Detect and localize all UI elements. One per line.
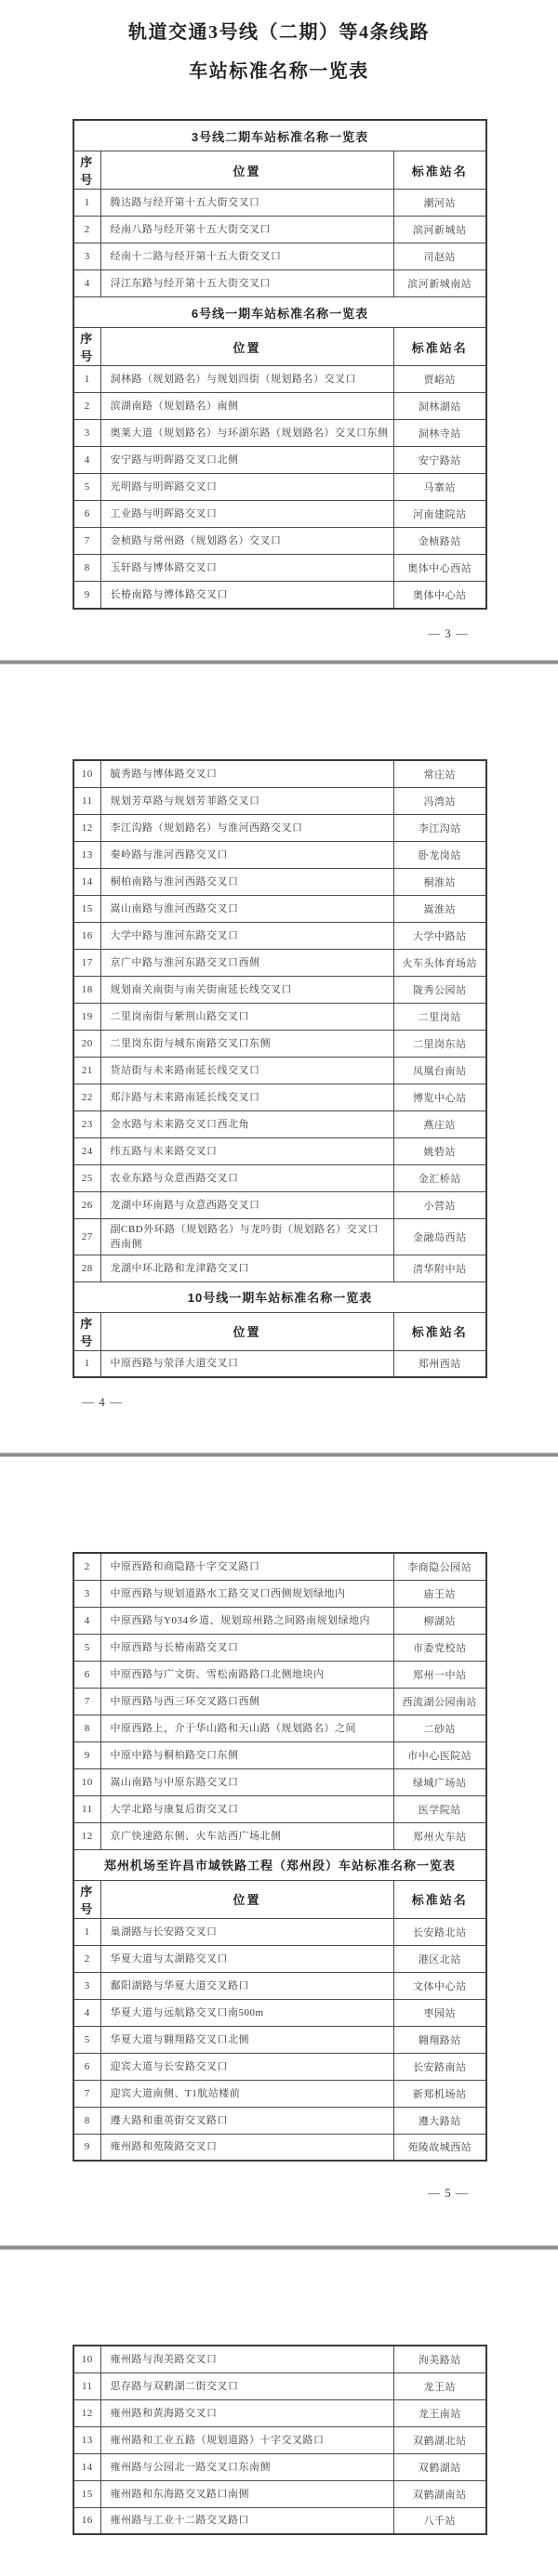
column-header-seq: 序号 [73, 328, 100, 366]
station-name: 郑州火车站 [393, 1822, 486, 1849]
station-row: 12雍州路和黄海路交叉口龙王南站 [73, 2399, 486, 2426]
station-row: 13雍州路和工业五路（规划道路）十字交叉路口双鹤湖北站 [73, 2426, 486, 2453]
station-name: 郑州西站 [393, 1350, 486, 1377]
station-location: 洞林路（规划路名）与规划四街（规划路名）交叉口 [100, 366, 393, 393]
station-seq: 4 [73, 1999, 100, 2026]
pages-root: 轨道交通3号线（二期）等4条线路车站标准名称一览表3号线二期车站标准名称一览表序… [0, 0, 558, 2576]
page-number: — 3 — [0, 626, 558, 641]
column-header-row: 序号位置标准站名 [73, 1880, 486, 1918]
station-name: 滨河新城南站 [393, 270, 486, 297]
column-header-row: 序号位置标准站名 [73, 328, 486, 366]
station-location: 遵大路和重英街交叉路口 [100, 2107, 393, 2134]
station-location: 华夏大道与翱翔路交叉口北侧 [100, 2026, 393, 2053]
station-table-wrap: 3号线二期车站标准名称一览表序号位置标准站名1腾达路与经开第十五大街交叉口潮河站… [73, 119, 558, 610]
table-body: 10毓秀路与博体路交叉口常庄站11规划芳草路与规划芳菲路交叉口冯湾站12李江沟路… [73, 760, 486, 1377]
document-title-line2: 车站标准名称一览表 [0, 52, 558, 91]
station-location: 中原西路与规划道路水工路交叉口西侧规划绿地内 [100, 1580, 393, 1607]
station-row: 10雍州路与洵美路交叉口洵美路站 [73, 2346, 486, 2372]
station-seq: 17 [73, 949, 100, 976]
station-name: 李江沟站 [393, 814, 486, 841]
station-row: 1中原西路与荥泽大道交叉口郑州西站 [73, 1350, 486, 1377]
station-row: 11大学北路与康复后街交叉口医学院站 [73, 1795, 486, 1822]
station-name: 李商隐公园站 [393, 1553, 486, 1580]
station-name: 港区北站 [393, 1945, 486, 1972]
station-seq: 28 [73, 1255, 100, 1281]
document-title-line1: 轨道交通3号线（二期）等4条线路 [0, 13, 558, 52]
station-row: 3奥莱大道（规划路名）与环湖东路（规划路名）交叉口东侧洞林寺站 [73, 420, 486, 447]
station-name: 常庄站 [393, 760, 486, 787]
station-seq: 8 [73, 2107, 100, 2134]
station-row: 8玉轩路与博体路交叉口奥体中心西站 [73, 555, 486, 582]
station-location: 龙湖中环北路和龙津路交叉口 [100, 1255, 393, 1281]
station-seq: 15 [73, 2480, 100, 2507]
station-seq: 2 [73, 217, 100, 243]
station-name: 卧龙岗站 [393, 841, 486, 868]
document-title: 轨道交通3号线（二期）等4条线路车站标准名称一览表 [0, 0, 558, 91]
station-name: 桐淮站 [393, 868, 486, 895]
station-name: 河南建院站 [393, 501, 486, 528]
station-name: 医学院站 [393, 1795, 486, 1822]
station-location: 中原中路与桐柏路交口东侧 [100, 1741, 393, 1768]
column-header-name: 标准站名 [393, 1312, 486, 1350]
column-header-location: 位置 [100, 1312, 393, 1350]
station-row: 2华夏大道与太湖路交叉口港区北站 [73, 1945, 486, 1972]
column-header-name: 标准站名 [393, 328, 486, 366]
page-number: — 5 — [0, 2186, 558, 2201]
station-seq: 11 [73, 1795, 100, 1822]
station-name: 双鹤湖北站 [393, 2426, 486, 2453]
station-location: 华夏大道与远航路交叉口南500m [100, 1999, 393, 2026]
station-location: 二里岗南街与紫荆山路交叉口 [100, 1003, 393, 1030]
station-location: 中原西路与广文街、雪松南路路口北侧地块内 [100, 1661, 393, 1688]
section-title-cell: 3号线二期车站标准名称一览表 [73, 120, 486, 151]
station-name: 陇秀公园站 [393, 976, 486, 1003]
station-name: 龙王南站 [393, 2399, 486, 2426]
station-seq: 10 [73, 760, 100, 787]
station-row: 10嵩山南路与中原东路交叉口绿城广场站 [73, 1768, 486, 1795]
station-table-wrap: 10雍州路与洵美路交叉口洵美路站11思存路与双鹤湖二街交叉口龙王站12雍州路和黄… [73, 2345, 558, 2535]
station-seq: 21 [73, 1057, 100, 1084]
station-name: 洵美路站 [393, 2346, 486, 2372]
station-row: 18规划南关南街与南关街南延长线交叉口陇秀公园站 [73, 976, 486, 1003]
station-seq: 23 [73, 1111, 100, 1137]
station-name: 潮河站 [393, 190, 486, 217]
station-seq: 22 [73, 1084, 100, 1111]
station-row: 4安宁路与明晖路交叉口北侧安宁路站 [73, 447, 486, 474]
station-seq: 6 [73, 2053, 100, 2080]
station-name: 洞林湖站 [393, 393, 486, 420]
station-row: 4华夏大道与远航路交叉口南500m枣园站 [73, 1999, 486, 2026]
station-location: 大学北路与康复后街交叉口 [100, 1795, 393, 1822]
station-location: 京广快速路东侧、火车站西广场北侧 [100, 1822, 393, 1849]
station-row: 3中原西路与规划道路水工路交叉口西侧规划绿地内庙王站 [73, 1580, 486, 1607]
station-name: 小营站 [393, 1191, 486, 1218]
station-name: 金汇桥站 [393, 1164, 486, 1191]
station-name: 二里岗站 [393, 1003, 486, 1030]
station-seq: 14 [73, 2453, 100, 2480]
station-seq: 15 [73, 895, 100, 922]
station-location: 经南十二路与经开第十五大街交叉口 [100, 243, 393, 270]
station-row: 22郑汴路与未来路南延长线交叉口博览中心站 [73, 1084, 486, 1111]
station-row: 1巢湖路与长安路交叉口长安路北站 [73, 1918, 486, 1945]
section-title-cell: 10号线一期车站标准名称一览表 [73, 1281, 486, 1312]
table-body: 10雍州路与洵美路交叉口洵美路站11思存路与双鹤湖二街交叉口龙王站12雍州路和黄… [73, 2346, 486, 2534]
station-name: 奥体中心西站 [393, 555, 486, 582]
station-location: 迎宾大道南侧、T1航站楼前 [100, 2080, 393, 2107]
station-seq: 11 [73, 2372, 100, 2399]
station-row: 2经南八路与经开第十五大街交叉口滨河新城站 [73, 217, 486, 243]
station-seq: 6 [73, 501, 100, 528]
station-location: 中原西路上，介于华山路和天山路（规划路名）之间 [100, 1715, 393, 1741]
station-row: 15雍州路和东海路交叉路口南侧双鹤湖南站 [73, 2480, 486, 2507]
station-name: 西流湖公园南站 [393, 1688, 486, 1715]
station-row: 9长椿南路与博体路交叉口奥体中心站 [73, 582, 486, 609]
station-seq: 9 [73, 2134, 100, 2161]
station-name: 龙王站 [393, 2372, 486, 2399]
station-name: 火车头体育场站 [393, 949, 486, 976]
station-location: 鄱阳湖路与华夏大道交叉路口 [100, 1972, 393, 1999]
station-location: 奥莱大道（规划路名）与环湖东路（规划路名）交叉口东侧 [100, 420, 393, 447]
station-name: 长安路北站 [393, 1918, 486, 1945]
station-location: 农业东路与众意西路交叉口 [100, 1164, 393, 1191]
station-row: 19二里岗南街与紫荆山路交叉口二里岗站 [73, 1003, 486, 1030]
station-seq: 3 [73, 1972, 100, 1999]
station-name: 洞林寺站 [393, 420, 486, 447]
column-header-location: 位置 [100, 328, 393, 366]
station-location: 规划南关南街与南关街南延长线交叉口 [100, 976, 393, 1003]
station-name: 八千站 [393, 2507, 486, 2534]
station-seq: 6 [73, 1661, 100, 1688]
station-seq: 1 [73, 1918, 100, 1945]
station-seq: 7 [73, 528, 100, 555]
station-name: 文体中心站 [393, 1972, 486, 1999]
station-seq: 13 [73, 841, 100, 868]
column-header-seq: 序号 [73, 151, 100, 190]
station-row: 24纬五路与未来路交叉口姚砦站 [73, 1137, 486, 1164]
station-seq: 5 [73, 474, 100, 501]
station-name: 贾峪站 [393, 366, 486, 393]
column-header-name: 标准站名 [393, 151, 486, 190]
station-seq: 5 [73, 1634, 100, 1661]
station-location: 金桢路与常州路（规划路名）交叉口 [100, 528, 393, 555]
station-name: 庙王站 [393, 1580, 486, 1607]
station-seq: 16 [73, 922, 100, 949]
station-name: 冯湾站 [393, 787, 486, 814]
station-row: 8遵大路和重英街交叉路口遵大路站 [73, 2107, 486, 2134]
table-body: 3号线二期车站标准名称一览表序号位置标准站名1腾达路与经开第十五大街交叉口潮河站… [73, 120, 486, 609]
station-location: 货站街与未来路南延长线交叉口 [100, 1057, 393, 1084]
station-location: 纬五路与未来路交叉口 [100, 1137, 393, 1164]
station-row: 2中原西路和商隐路十字交叉路口李商隐公园站 [73, 1553, 486, 1580]
station-location: 巢湖路与长安路交叉口 [100, 1918, 393, 1945]
column-header-seq: 序号 [73, 1880, 100, 1918]
station-seq: 16 [73, 2507, 100, 2534]
document-page: 10毓秀路与博体路交叉口常庄站11规划芳草路与规划芳菲路交叉口冯湾站12李江沟路… [0, 664, 558, 1452]
station-row: 7金桢路与常州路（规划路名）交叉口金桢路站 [73, 528, 486, 555]
station-row: 27副CBD外环路（规划路名）与龙吟街（规划路名）交叉口西南侧金融岛西站 [73, 1218, 486, 1255]
station-location: 腾达路与经开第十五大街交叉口 [100, 190, 393, 217]
station-row: 1腾达路与经开第十五大街交叉口潮河站 [73, 190, 486, 217]
station-row: 6迎宾大道与长安路交叉口长安路南站 [73, 2053, 486, 2080]
station-name: 绿城广场站 [393, 1768, 486, 1795]
station-row: 4浔江东路与经开第十五大街交叉口滨河新城南站 [73, 270, 486, 297]
station-location: 迎宾大道与长安路交叉口 [100, 2053, 393, 2080]
station-location: 中原西路与荥泽大道交叉口 [100, 1350, 393, 1377]
station-seq: 5 [73, 2026, 100, 2053]
station-name: 柳湖站 [393, 1607, 486, 1634]
station-seq: 9 [73, 1741, 100, 1768]
station-row: 11思存路与双鹤湖二街交叉口龙王站 [73, 2372, 486, 2399]
station-row: 17京广中路与淮河东路交叉口西侧火车头体育场站 [73, 949, 486, 976]
station-name: 金融岛西站 [393, 1218, 486, 1255]
station-location: 嵩山南路与淮河西路交叉口 [100, 895, 393, 922]
station-name: 市委党校站 [393, 1634, 486, 1661]
document-page: 轨道交通3号线（二期）等4条线路车站标准名称一览表3号线二期车站标准名称一览表序… [0, 0, 558, 660]
station-location: 桐柏南路与淮河西路交叉口 [100, 868, 393, 895]
station-row: 15嵩山南路与淮河西路交叉口嵩淮站 [73, 895, 486, 922]
station-location: 雍州路和苑陵路交叉口 [100, 2134, 393, 2161]
station-row: 5光明路与明晖路交叉口马寨站 [73, 474, 486, 501]
station-seq: 20 [73, 1030, 100, 1057]
section-title-cell: 6号线一期车站标准名称一览表 [73, 297, 486, 328]
station-row: 3鄱阳湖路与华夏大道交叉路口文体中心站 [73, 1972, 486, 1999]
column-header-location: 位置 [100, 1880, 393, 1918]
section-title-row: 6号线一期车站标准名称一览表 [73, 297, 486, 328]
station-name: 奥体中心站 [393, 582, 486, 609]
station-name: 市中心医院站 [393, 1741, 486, 1768]
station-row: 16雍州路与工业十二路交叉路口八千站 [73, 2507, 486, 2534]
station-row: 10毓秀路与博体路交叉口常庄站 [73, 760, 486, 787]
station-location: 安宁路与明晖路交叉口北侧 [100, 447, 393, 474]
column-header-row: 序号位置标准站名 [73, 151, 486, 190]
station-seq: 26 [73, 1191, 100, 1218]
station-row: 1洞林路（规划路名）与规划四街（规划路名）交叉口贾峪站 [73, 366, 486, 393]
station-row: 2滨湖南路（规划路名）南侧洞林湖站 [73, 393, 486, 420]
station-seq: 1 [73, 190, 100, 217]
station-name-table: 2中原西路和商隐路十字交叉路口李商隐公园站3中原西路与规划道路水工路交叉口西侧规… [73, 1552, 487, 2162]
station-row: 13秦岭路与淮河西路交叉口卧龙岗站 [73, 841, 486, 868]
station-name: 清华附中站 [393, 1255, 486, 1281]
station-row: 7中原西路与西三环交叉路口西侧西流湖公园南站 [73, 1688, 486, 1715]
station-name: 大学中路站 [393, 922, 486, 949]
station-location: 龙湖中环南路与众意西路交叉口 [100, 1191, 393, 1218]
station-seq: 4 [73, 1607, 100, 1634]
station-location: 浔江东路与经开第十五大街交叉口 [100, 270, 393, 297]
station-name: 凤凰台南站 [393, 1057, 486, 1084]
station-seq: 12 [73, 814, 100, 841]
station-row: 21货站街与未来路南延长线交叉口凤凰台南站 [73, 1057, 486, 1084]
station-name: 枣园站 [393, 1999, 486, 2026]
station-name-table: 10雍州路与洵美路交叉口洵美路站11思存路与双鹤湖二街交叉口龙王站12雍州路和黄… [73, 2345, 487, 2535]
station-name: 双鹤湖站 [393, 2453, 486, 2480]
station-location: 雍州路和东海路交叉路口南侧 [100, 2480, 393, 2507]
station-name: 二里岗东站 [393, 1030, 486, 1057]
station-row: 4中原西路与Y034乡道、规划琼州路之间路南规划绿地内柳湖站 [73, 1607, 486, 1634]
station-name: 二砂站 [393, 1715, 486, 1741]
station-name: 博览中心站 [393, 1084, 486, 1111]
station-location: 雍州路与公园北一路交叉口东南侧 [100, 2453, 393, 2480]
station-seq: 3 [73, 243, 100, 270]
station-seq: 12 [73, 2399, 100, 2426]
section-title-cell: 郑州机场至许昌市域铁路工程（郑州段）车站标准名称一览表 [73, 1849, 486, 1880]
station-row: 6中原西路与广文街、雪松南路路口北侧地块内郑州一中站 [73, 1661, 486, 1688]
station-row: 16大学中路与淮河东路交叉口大学中路站 [73, 922, 486, 949]
station-seq: 4 [73, 447, 100, 474]
document-page: 10雍州路与洵美路交叉口洵美路站11思存路与双鹤湖二街交叉口龙王站12雍州路和黄… [0, 2250, 558, 2576]
station-seq: 1 [73, 1350, 100, 1377]
station-location: 经南八路与经开第十五大街交叉口 [100, 217, 393, 243]
station-name: 燕庄站 [393, 1111, 486, 1137]
station-name: 新郑机场站 [393, 2080, 486, 2107]
station-seq: 2 [73, 1945, 100, 1972]
station-row: 14雍州路与公园北一路交叉口东南侧双鹤湖站 [73, 2453, 486, 2480]
station-row: 14桐柏南路与淮河西路交叉口桐淮站 [73, 868, 486, 895]
station-location: 华夏大道与太湖路交叉口 [100, 1945, 393, 1972]
station-table-wrap: 10毓秀路与博体路交叉口常庄站11规划芳草路与规划芳菲路交叉口冯湾站12李江沟路… [73, 759, 558, 1378]
station-seq: 2 [73, 393, 100, 420]
station-location: 副CBD外环路（规划路名）与龙吟街（规划路名）交叉口西南侧 [100, 1218, 393, 1255]
station-row: 9中原中路与桐柏路交口东侧市中心医院站 [73, 1741, 486, 1768]
station-seq: 4 [73, 270, 100, 297]
document-viewer: 轨道交通3号线（二期）等4条线路车站标准名称一览表3号线二期车站标准名称一览表序… [0, 0, 558, 2576]
station-seq: 24 [73, 1137, 100, 1164]
station-seq: 11 [73, 787, 100, 814]
station-location: 雍州路与工业十二路交叉路口 [100, 2507, 393, 2534]
station-name: 司赵站 [393, 243, 486, 270]
station-seq: 10 [73, 2346, 100, 2372]
station-name: 苑陵故城西站 [393, 2134, 486, 2161]
station-seq: 27 [73, 1218, 100, 1255]
station-name: 安宁路站 [393, 447, 486, 474]
column-header-location: 位置 [100, 151, 393, 190]
station-location: 玉轩路与博体路交叉口 [100, 555, 393, 582]
station-name: 滨河新城站 [393, 217, 486, 243]
station-location: 毓秀路与博体路交叉口 [100, 760, 393, 787]
station-location: 雍州路和工业五路（规划道路）十字交叉路口 [100, 2426, 393, 2453]
station-row: 23金水路与未来路交叉口西北角燕庄站 [73, 1111, 486, 1137]
station-location: 光明路与明晖路交叉口 [100, 474, 393, 501]
station-seq: 2 [73, 1553, 100, 1580]
station-row: 12李江沟路（规划路名）与淮河西路交叉口李江沟站 [73, 814, 486, 841]
station-location: 中原西路与西三环交叉路口西侧 [100, 1688, 393, 1715]
station-row: 11规划芳草路与规划芳菲路交叉口冯湾站 [73, 787, 486, 814]
column-header-seq: 序号 [73, 1312, 100, 1350]
station-location: 二里岗东街与城东南路交叉口东侧 [100, 1030, 393, 1057]
station-name: 双鹤湖南站 [393, 2480, 486, 2507]
station-seq: 12 [73, 1822, 100, 1849]
station-seq: 25 [73, 1164, 100, 1191]
station-location: 长椿南路与博体路交叉口 [100, 582, 393, 609]
station-row: 7迎宾大道南侧、T1航站楼前新郑机场站 [73, 2080, 486, 2107]
station-row: 26龙湖中环南路与众意西路交叉口小营站 [73, 1191, 486, 1218]
column-header-name: 标准站名 [393, 1880, 486, 1918]
station-row: 28龙湖中环北路和龙津路交叉口清华附中站 [73, 1255, 486, 1281]
station-seq: 8 [73, 555, 100, 582]
station-name: 长安路南站 [393, 2053, 486, 2080]
station-seq: 1 [73, 366, 100, 393]
station-row: 5华夏大道与翱翔路交叉口北侧翱翔路站 [73, 2026, 486, 2053]
station-row: 6工业路与明晖路交叉口河南建院站 [73, 501, 486, 528]
station-name: 姚砦站 [393, 1137, 486, 1164]
station-location: 李江沟路（规划路名）与淮河西路交叉口 [100, 814, 393, 841]
station-location: 大学中路与淮河东路交叉口 [100, 922, 393, 949]
column-header-row: 序号位置标准站名 [73, 1312, 486, 1350]
station-location: 秦岭路与淮河西路交叉口 [100, 841, 393, 868]
station-row: 5中原西路与长椿南路交叉口市委党校站 [73, 1634, 486, 1661]
station-name: 金桢路站 [393, 528, 486, 555]
station-row: 9雍州路和苑陵路交叉口苑陵故城西站 [73, 2134, 486, 2161]
station-location: 金水路与未来路交叉口西北角 [100, 1111, 393, 1137]
station-seq: 13 [73, 2426, 100, 2453]
station-location: 工业路与明晖路交叉口 [100, 501, 393, 528]
station-location: 雍州路与洵美路交叉口 [100, 2346, 393, 2372]
station-row: 12京广快速路东侧、火车站西广场北侧郑州火车站 [73, 1822, 486, 1849]
station-seq: 10 [73, 1768, 100, 1795]
station-location: 中原西路与长椿南路交叉口 [100, 1634, 393, 1661]
station-table-wrap: 2中原西路和商隐路十字交叉路口李商隐公园站3中原西路与规划道路水工路交叉口西侧规… [73, 1552, 558, 2162]
station-seq: 18 [73, 976, 100, 1003]
section-title-row: 3号线二期车站标准名称一览表 [73, 120, 486, 151]
station-row: 8中原西路上，介于华山路和天山路（规划路名）之间二砂站 [73, 1715, 486, 1741]
station-name: 翱翔路站 [393, 2026, 486, 2053]
station-seq: 3 [73, 1580, 100, 1607]
section-title-row: 郑州机场至许昌市域铁路工程（郑州段）车站标准名称一览表 [73, 1849, 486, 1880]
station-name: 嵩淮站 [393, 895, 486, 922]
station-name-table: 3号线二期车站标准名称一览表序号位置标准站名1腾达路与经开第十五大街交叉口潮河站… [73, 119, 487, 610]
section-title-row: 10号线一期车站标准名称一览表 [73, 1281, 486, 1312]
station-location: 郑汴路与未来路南延长线交叉口 [100, 1084, 393, 1111]
station-location: 京广中路与淮河东路交叉口西侧 [100, 949, 393, 976]
station-name: 遵大路站 [393, 2107, 486, 2134]
station-row: 20二里岗东街与城东南路交叉口东侧二里岗东站 [73, 1030, 486, 1057]
station-seq: 19 [73, 1003, 100, 1030]
station-location: 规划芳草路与规划芳菲路交叉口 [100, 787, 393, 814]
table-body: 2中原西路和商隐路十字交叉路口李商隐公园站3中原西路与规划道路水工路交叉口西侧规… [73, 1553, 486, 2161]
station-name-table: 10毓秀路与博体路交叉口常庄站11规划芳草路与规划芳菲路交叉口冯湾站12李江沟路… [73, 759, 487, 1378]
station-location: 滨湖南路（规划路名）南侧 [100, 393, 393, 420]
station-seq: 8 [73, 1715, 100, 1741]
station-location: 嵩山南路与中原东路交叉口 [100, 1768, 393, 1795]
station-name: 郑州一中站 [393, 1661, 486, 1688]
station-location: 雍州路和黄海路交叉口 [100, 2399, 393, 2426]
station-row: 25农业东路与众意西路交叉口金汇桥站 [73, 1164, 486, 1191]
station-seq: 3 [73, 420, 100, 447]
station-location: 中原西路与Y034乡道、规划琼州路之间路南规划绿地内 [100, 1607, 393, 1634]
station-seq: 9 [73, 582, 100, 609]
station-location: 思存路与双鹤湖二街交叉口 [100, 2372, 393, 2399]
station-seq: 7 [73, 1688, 100, 1715]
station-seq: 14 [73, 868, 100, 895]
station-seq: 7 [73, 2080, 100, 2107]
station-location: 中原西路和商隐路十字交叉路口 [100, 1553, 393, 1580]
station-row: 3经南十二路与经开第十五大街交叉口司赵站 [73, 243, 486, 270]
document-page: 2中原西路和商隐路十字交叉路口李商隐公园站3中原西路与规划道路水工路交叉口西侧规… [0, 1457, 558, 2245]
station-name: 马寨站 [393, 474, 486, 501]
page-number: — 4 — [0, 1395, 558, 1410]
